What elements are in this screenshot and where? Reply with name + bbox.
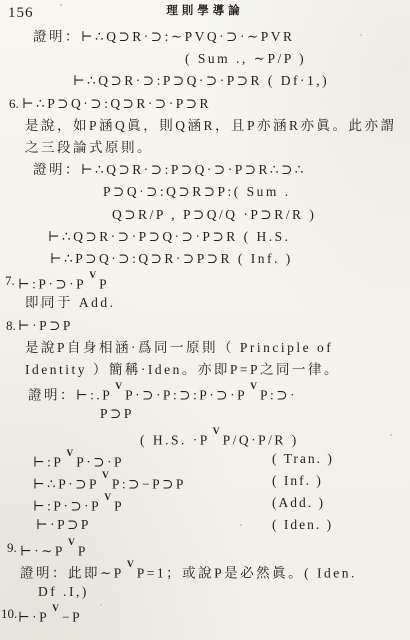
text-line: ( H.S. ·PVP/Q·P/R ) [0,426,410,448]
superscript-v: V [66,449,73,459]
text-line: ⊢∴Q⊃R·⊃:P⊃Q·⊃·P⊃R ( Df·1,) [0,70,410,92]
line-text: ⊢·P⊃P [0,514,91,536]
page-body: 證明：⊢∴Q⊃R·⊃:∼PVQ·⊃·∼PVR( Sum ., ∼P/P )⊢∴Q… [0,0,410,640]
superscript-v: V [213,427,220,437]
line-text: Q⊃R/P , P⊃Q/Q ·P⊃R/R ) [0,204,316,226]
item-number: 6. [9,93,19,115]
text-line: 之三段論式原則。 [0,137,410,159]
item-number: 7. [5,270,15,292]
justification-label: ( Iden. ) [272,514,333,536]
superscript-v: V [68,538,75,548]
line-text: P⊃Q·⊃:Q⊃R⊃P:( Sum . [0,181,291,203]
line-text: ⊢∴Q⊃R·⊃·P⊃Q·⊃·P⊃R ( H.S. [0,226,291,248]
item-number: 8. [6,315,16,337]
text-line: 是說P自身相涵·爲同一原則（ Principle of [0,337,410,359]
numbered-formula-line: 9.⊢·∼PVP [0,537,410,559]
justification-label: ( Tran. ) [272,448,334,470]
line-text: P⊃P [0,403,134,425]
superscript-v: V [52,604,59,614]
line-text: ⊢∴P⊃Q·⊃:Q⊃R·⊃P⊃R ( Inf. ) [0,248,293,270]
numbered-formula-line: 10.⊢·PV−P [0,603,410,625]
text-line: 證明：此即∼PVP=1；或說P是必然眞。( Iden. [0,559,410,581]
text-line: ⊢∴P·⊃PVP:⊃−P⊃P( Inf. ) [0,470,410,492]
text-line: Identity ）簡稱·Iden。亦即P=P之同一律。 [0,359,410,381]
superscript-v: V [89,271,96,281]
line-text: 證明：⊢∴Q⊃R·⊃:P⊃Q·⊃·P⊃R∴⊃∴ [0,159,306,181]
line-text: ( Sum ., ∼P/P ) [0,48,306,70]
text-line: 即同于 Add. [0,292,410,314]
line-text: 是說，如P涵Q眞，則Q涵R，且P亦涵R亦眞。此亦謂 [0,115,397,137]
text-line: Df .I,) [0,581,410,603]
text-line: 是說，如P涵Q眞，則Q涵R，且P亦涵R亦眞。此亦謂 [0,115,410,137]
item-number: 9. [7,537,17,559]
text-line: ⊢:PVP·⊃·P( Tran. ) [0,448,410,470]
text-line: P⊃Q·⊃:Q⊃R⊃P:( Sum . [0,181,410,203]
superscript-v: V [127,560,134,570]
numbered-formula-line: 7.⊢:P·⊃·PVP [0,270,410,292]
text-line: 證明：⊢∴Q⊃R·⊃:∼PVQ·⊃·∼PVR [0,26,410,48]
text-line: Q⊃R/P , P⊃Q/Q ·P⊃R/R ) [0,204,410,226]
justification-label: ( Inf. ) [272,470,323,492]
text-line: 證明：⊢:.PVP·⊃·P:⊃:P·⊃·PVP:⊃· [0,381,410,403]
line-text: ⊢∴P⊃Q·⊃:Q⊃R·⊃·P⊃R [0,93,211,115]
text-line: ⊢∴Q⊃R·⊃·P⊃Q·⊃·P⊃R ( H.S. [0,226,410,248]
superscript-v: V [250,382,257,392]
line-text: Df .I,) [0,581,89,603]
text-line: ( Sum ., ∼P/P ) [0,48,410,70]
numbered-formula-line: 6.⊢∴P⊃Q·⊃:Q⊃R·⊃·P⊃R [0,93,410,115]
line-text: ⊢∴Q⊃R·⊃:P⊃Q·⊃·P⊃R ( Df·1,) [0,70,329,92]
line-text: 即同于 Add. [0,292,116,314]
line-text: Identity ）簡稱·Iden。亦即P=P之同一律。 [0,359,340,381]
book-page-scan: { "page": { "number": "156", "header_tit… [0,0,410,640]
numbered-formula-line: 8.⊢·P⊃P [0,315,410,337]
superscript-v: V [102,471,109,481]
superscript-v: V [104,493,111,503]
text-line: ⊢·P⊃P( Iden. ) [0,514,410,536]
superscript-v: V [115,382,122,392]
justification-label: (Add. ) [272,492,325,514]
line-text: 證明：⊢∴Q⊃R·⊃:∼PVQ·⊃·∼PVR [0,26,295,48]
line-text: 之三段論式原則。 [0,137,153,159]
item-number: 10. [1,603,17,625]
text-line: 證明：⊢∴Q⊃R·⊃:P⊃Q·⊃·P⊃R∴⊃∴ [0,159,410,181]
text-line: ⊢:P·⊃·PVP(Add. ) [0,492,410,514]
line-text: 是說P自身相涵·爲同一原則（ Principle of [0,337,333,359]
text-line: P⊃P [0,403,410,425]
text-line: ⊢∴P⊃Q·⊃:Q⊃R·⊃P⊃R ( Inf. ) [0,248,410,270]
